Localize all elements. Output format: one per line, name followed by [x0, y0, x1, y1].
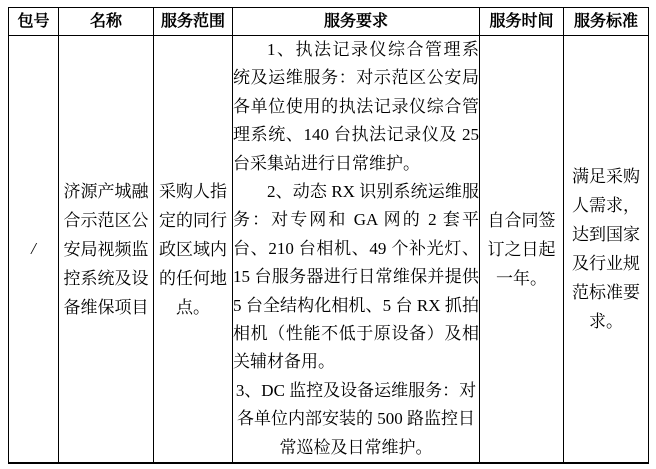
requirement-item-2: 2、动态 RX 识别系统运维服务：对专网和 GA 网的 2 套平台、210 台相…: [233, 178, 479, 377]
header-package-no: 包号: [9, 8, 59, 36]
cell-package-no: /: [9, 36, 59, 464]
header-name: 名称: [59, 8, 154, 36]
header-service-scope: 服务范围: [154, 8, 233, 36]
cell-service-time: 自合同签订之日起一年。: [480, 36, 564, 464]
service-requirements-table: 包号 名称 服务范围 服务要求 服务时间 服务标准 / 济源产城融合示范区公安局…: [8, 7, 649, 464]
requirement-item-3: 3、DC 监控及设备运维服务：对各单位内部安装的 500 路监控日常巡检及日常维…: [233, 377, 479, 462]
cell-service-standard: 满足采购人需求，达到国家及行业规范标准要求。: [564, 36, 649, 464]
document-page: 包号 名称 服务范围 服务要求 服务时间 服务标准 / 济源产城融合示范区公安局…: [0, 0, 656, 469]
table-row: / 济源产城融合示范区公安局视频监控系统及设备维保项目 采购人指定的同行政区域内…: [9, 36, 649, 464]
cell-service-scope: 采购人指定的同行政区域内的任何地点。: [154, 36, 233, 464]
header-service-standard: 服务标准: [564, 8, 649, 36]
header-service-time: 服务时间: [480, 8, 564, 36]
cell-project-name: 济源产城融合示范区公安局视频监控系统及设备维保项目: [59, 36, 154, 464]
header-service-requirements: 服务要求: [233, 8, 480, 36]
table-header-row: 包号 名称 服务范围 服务要求 服务时间 服务标准: [9, 8, 649, 36]
requirement-item-1: 1、执法记录仪综合管理系统及运维服务：对示范区公安局各单位使用的执法记录仪综合管…: [233, 36, 479, 178]
cell-service-requirements: 1、执法记录仪综合管理系统及运维服务：对示范区公安局各单位使用的执法记录仪综合管…: [233, 36, 480, 464]
